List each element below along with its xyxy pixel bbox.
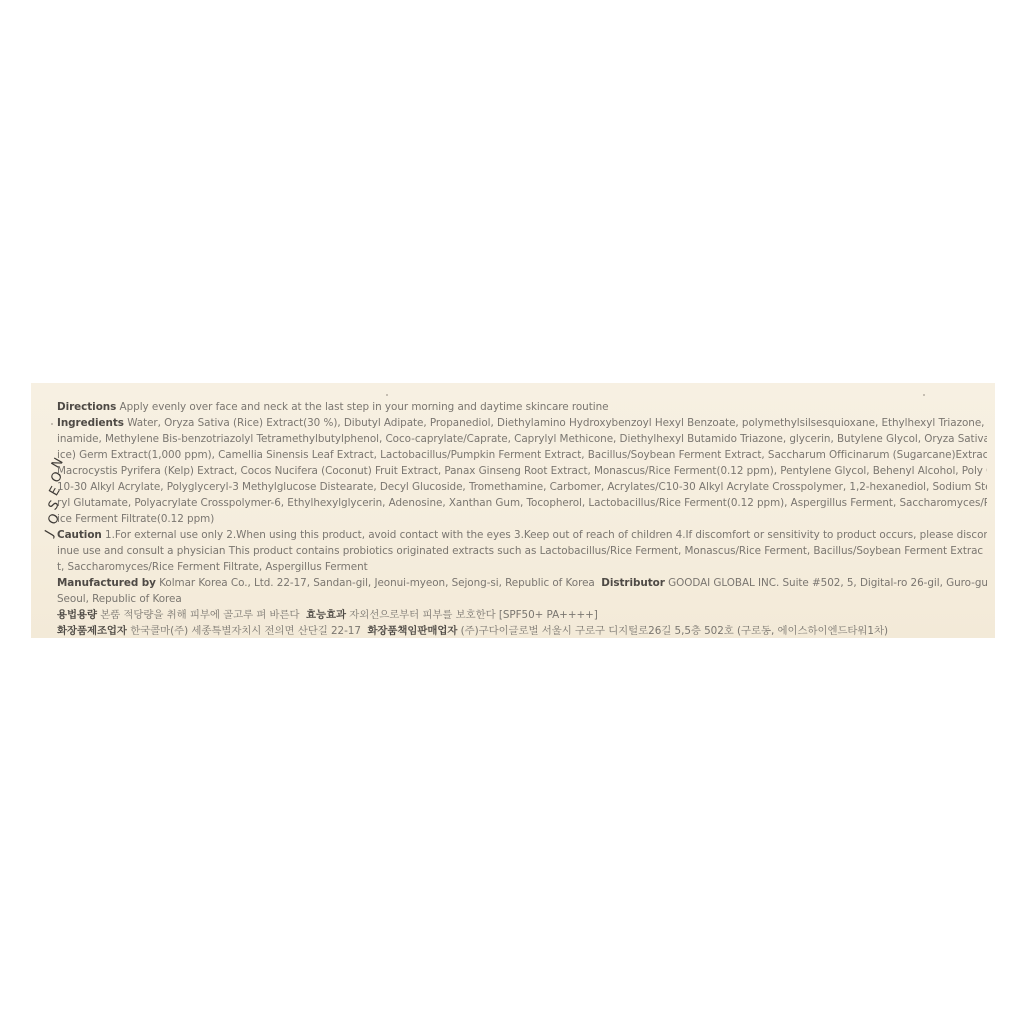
manufacturer-text: Kolmar Korea Co., Ltd. 22-17, Sandan-gil… — [159, 577, 595, 589]
ingredients-line: inamide, Methylene Bis-benzotriazolyl Te… — [57, 431, 987, 447]
korean-usage-line: 용법용량 본품 적당량을 취해 피부에 골고루 펴 바른다 효능효과 자외선으로… — [57, 607, 987, 623]
product-label-panel: N O E S O J Directions Apply evenly over… — [31, 383, 995, 638]
directions-heading: Directions — [57, 401, 116, 413]
directions-line: Directions Apply evenly over face and ne… — [57, 399, 987, 415]
korean-effect-text: 자외선으로부터 피부를 보호한다 [SPF50+ PA++++] — [349, 609, 598, 621]
ingredients-text: Water, Oryza Sativa (Rice) Extract(30 %)… — [127, 417, 987, 429]
manufacturer-line: Seoul, Republic of Korea — [57, 591, 987, 607]
korean-seller-heading: 화장품책임판매업자 — [367, 625, 457, 637]
ingredients-line: Macrocystis Pyrifera (Kelp) Extract, Coc… — [57, 463, 987, 479]
page: N O E S O J Directions Apply evenly over… — [0, 0, 1024, 1024]
manufacturer-heading: Manufactured by — [57, 577, 156, 589]
korean-usage-text: 본품 적당량을 취해 피부에 골고루 펴 바른다 — [100, 609, 299, 621]
ingredients-heading: Ingredients — [57, 417, 124, 429]
print-speck — [923, 394, 925, 396]
ingredients-line: ice) Germ Extract(1,000 ppm), Camellia S… — [57, 447, 987, 463]
manufacturer-line: Manufactured by Kolmar Korea Co., Ltd. 2… — [57, 575, 987, 591]
logo-letter: J — [43, 529, 56, 539]
korean-effect-heading: 효능효과 — [306, 609, 346, 621]
ingredients-line: Ingredients Water, Oryza Sativa (Rice) E… — [57, 415, 987, 431]
ingredients-line: 10-30 Alkyl Acrylate, Polyglyceryl-3 Met… — [57, 479, 987, 495]
distributor-heading: Distributor — [601, 577, 665, 589]
caution-text: 1.For external use only 2.When using thi… — [105, 529, 987, 541]
korean-seller-text: (주)구다이글로벌 서울시 구로구 디지털로26길 5,5층 502호 (구로동… — [461, 625, 888, 637]
ingredients-line: ice Ferment Filtrate(0.12 ppm) — [57, 511, 987, 527]
label-text: Directions Apply evenly over face and ne… — [57, 399, 987, 638]
print-speck — [111, 612, 113, 614]
print-speck — [386, 394, 388, 396]
ingredients-line: ryl Glutamate, Polyacrylate Crosspolymer… — [57, 495, 987, 511]
caution-line: t, Saccharomyces/Rice Ferment Filtrate, … — [57, 559, 987, 575]
korean-manufacturer-text: 한국콜마(주) 세종특별자치시 전의면 산단길 22-17 — [130, 625, 361, 637]
caution-line: inue use and consult a physician This pr… — [57, 543, 987, 559]
korean-usage-heading: 용법용량 — [57, 609, 97, 621]
distributor-text: GOODAI GLOBAL INC. Suite #502, 5, Digita… — [668, 577, 987, 589]
caution-heading: Caution — [57, 529, 102, 541]
caution-line: Caution 1.For external use only 2.When u… — [57, 527, 987, 543]
korean-manufacturer-line: 화장품제조업자 한국콜마(주) 세종특별자치시 전의면 산단길 22-17 화장… — [57, 623, 987, 638]
print-speck — [51, 423, 53, 425]
directions-text: Apply evenly over face and neck at the l… — [120, 401, 609, 413]
korean-manufacturer-heading: 화장품제조업자 — [57, 625, 127, 637]
